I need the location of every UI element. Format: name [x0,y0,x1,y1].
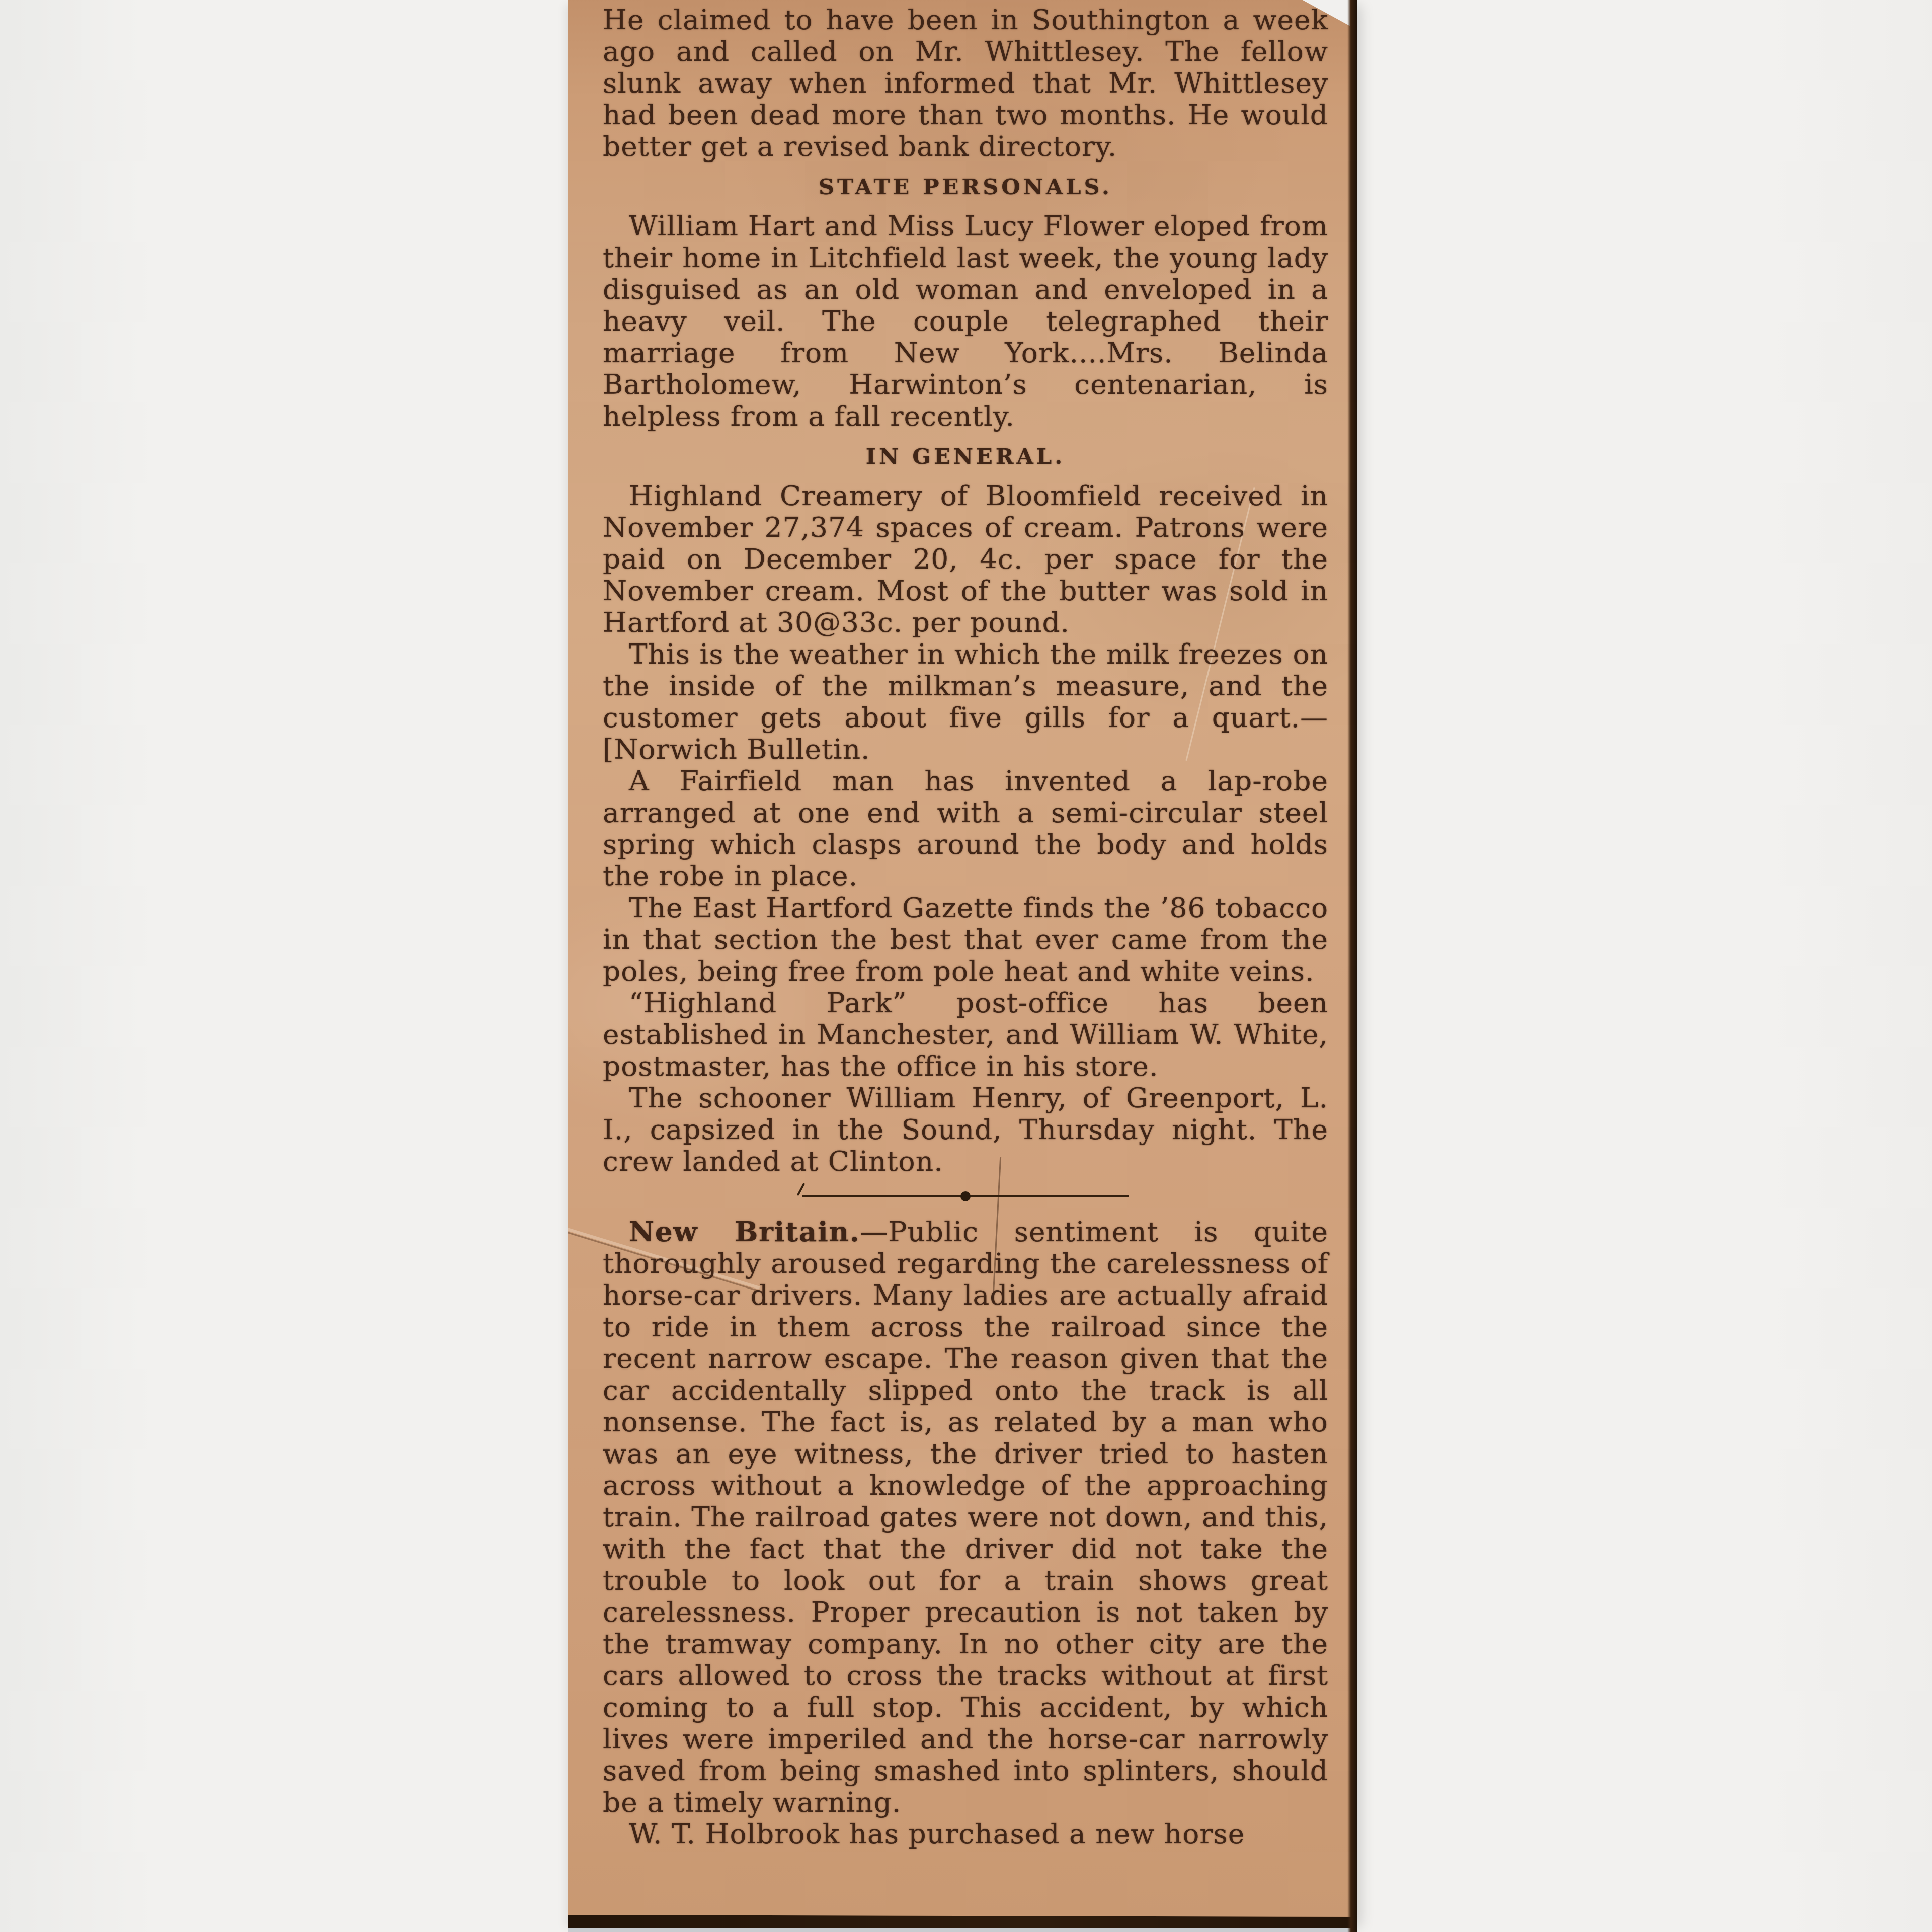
paragraph-creamery: Highland Creamery of Bloomfield received… [603,480,1328,638]
new-britain-body: —Public sentiment is quite thoroughly ar… [603,1216,1328,1818]
new-britain-lead-in: New Britain. [629,1215,860,1248]
paragraph-bank-directory: He claimed to have been in Southington a… [603,4,1328,163]
paragraph-state-personals: William Hart and Miss Lucy Flower eloped… [603,210,1328,432]
section-divider [802,1188,1129,1203]
paragraph-milk-freezes: This is the weather in which the milk fr… [603,638,1328,765]
heading-in-general: IN GENERAL. [603,441,1328,473]
paragraph-lap-robe: A Fairfield man has invented a lap-robe … [603,765,1328,892]
heading-state-personals: STATE PERSONALS. [603,172,1328,203]
paragraph-tobacco: The East Hartford Gazette finds the ’86 … [603,892,1328,987]
newspaper-clipping: He claimed to have been in Southington a… [568,0,1357,1932]
paragraph-schooner: The schooner William Henry, of Greenport… [603,1082,1328,1177]
divider-hook-ornament [797,1183,806,1196]
text-column: He claimed to have been in Southington a… [568,0,1357,1850]
scan-edge-strip [568,1928,1357,1932]
torn-corner-notch [1303,0,1350,26]
paragraph-holbrook: W. T. Holbrook has purchased a new horse [603,1818,1328,1850]
clipping-bottom-edge [568,1915,1357,1930]
paragraph-new-britain: New Britain.—Public sentiment is quite t… [603,1216,1328,1818]
divider-dot [960,1191,971,1201]
paragraph-post-office: “Highland Park” post-office has been est… [603,987,1328,1082]
page-background: He claimed to have been in Southington a… [0,0,1932,1932]
